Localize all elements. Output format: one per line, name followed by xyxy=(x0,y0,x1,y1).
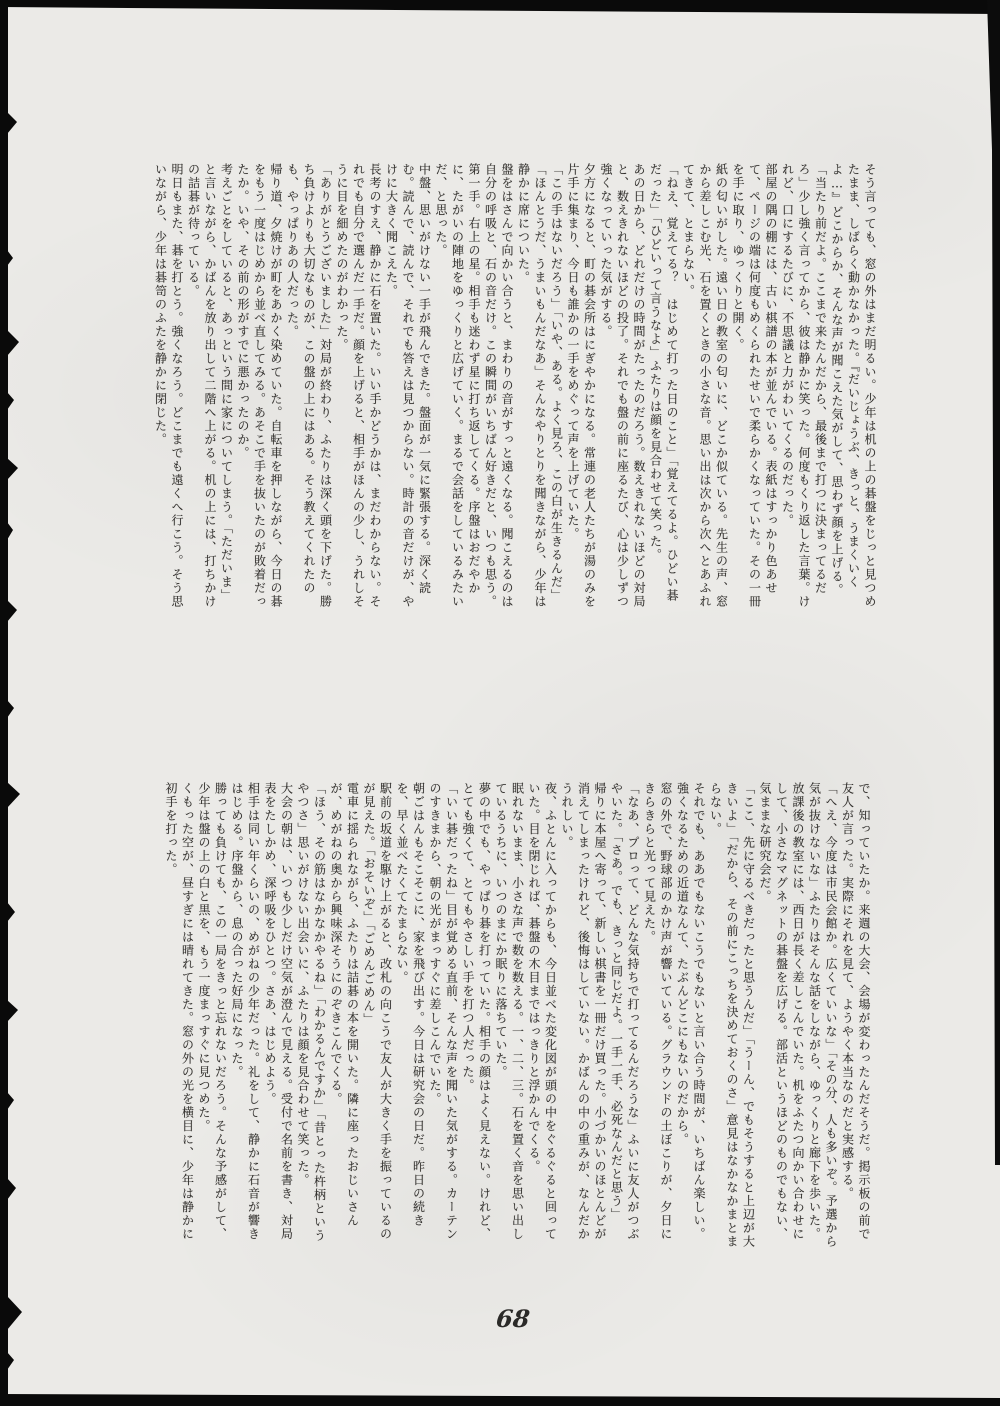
text-paragraph: 相手は同い年くらいの、めがねの少年だった。礼をして、静かに石音が響きはじめる。序… xyxy=(229,782,262,1254)
binding-ragged-bumps xyxy=(7,112,22,1370)
text-paragraph: 夢の中でも、やっぱり碁を打っていた。相手の顔はよく見えない。けれど、とても強くて… xyxy=(460,782,493,1254)
text-paragraph: 眠れないまま、小さな声で数を数える。一、二、三。石を置く音を思い出しているうちに… xyxy=(493,782,526,1254)
text-paragraph: 「ここ、先に守るべきだったと思うんだ」「うーん、でもそうすると上辺が大きいよ」「… xyxy=(707,782,757,1254)
text-paragraph: 帰り道、夕焼けが町をあかく染めていた。自転車を押しながら、今日の碁をもう一度はじ… xyxy=(235,163,285,615)
binding-edge xyxy=(0,0,8,1406)
text-paragraph: 勝っても負けても、この一局をきっと忘れないだろう。そんな予感がして、少年は盤の上… xyxy=(196,782,229,1254)
text-paragraph: そう言っても、窓の外はまだ明るい。少年は机の上の碁盤をじっと見つめたまま、しばら… xyxy=(829,163,879,615)
text-paragraph: 朝ごはんもそこそこに、家を飛び出す。今日は研究会の日だ。昨日の続きを、早く並べた… xyxy=(394,782,427,1254)
scanned-book-page: そう言っても、窓の外はまだ明るい。少年は机の上の碁盤をじっと見つめたまま、しばら… xyxy=(0,0,1000,1406)
text-paragraph: 「なあ、プロって、どんな気持ちで打ってるんだろうな」ふいに友人がつぶやいた。「さ… xyxy=(608,782,641,1254)
text-paragraph: 「ありがとうございました」対局が終わり、ふたりは深く頭を下げた。勝ち負けよりも大… xyxy=(284,163,334,615)
scan-border-bottom xyxy=(0,1394,1000,1406)
text-paragraph: 「ねえ、覚えてる？ はじめて打った日のこと」「覚えてるよ。ひどい碁だった」「ひど… xyxy=(647,163,680,615)
text-paragraph: あの日から、どれだけの時間がたったのだろう。数えきれないほどの対局と、数えきれな… xyxy=(598,163,648,615)
scan-border-top xyxy=(0,0,1000,14)
text-paragraph: 「ほう、その筋はなかなかやるね」「わかるんですか」「昔とった杵柄というやつさ」思… xyxy=(295,782,328,1254)
text-paragraph: それでも、ああでもないこうでもないと言い合う時間が、いちばん楽しい。強くなるため… xyxy=(674,782,707,1254)
text-paragraph: 夜、ふとんに入ってからも、今日並べた変化図が頭の中をぐるぐると回っていた。目を閉… xyxy=(526,782,559,1254)
text-paragraph: 駅前の坂道を駆け上がると、改札の向こうで友人が大きく手を振っているのが見えた。「… xyxy=(361,782,394,1254)
text-paragraph: 帰りに本屋へ寄って、新しい棋書を一冊だけ買った。小づかいのほとんどが消えてしまっ… xyxy=(559,782,609,1254)
text-paragraph: 部屋の隅の棚には、古い棋譜の本が並んでいる。表紙はすっかり色あせて、ページの端は… xyxy=(730,163,780,615)
text-paragraph: 放課後の教室には、西日が長く差しこんでいた。机をふたつ向かい合わせにして、小さな… xyxy=(757,782,807,1254)
text-paragraph: 「この手はないだろう」「いや、ある。よく見ろ、この白が生きるんだ」「ほんとうだ、… xyxy=(515,163,565,615)
text-paragraph: 窓の外で、野球部のかけ声が響いている。グラウンドの土ぼこりが、夕日にきらきらと光… xyxy=(641,782,674,1254)
page-number: 68 xyxy=(466,1304,559,1333)
scan-border-right xyxy=(987,0,1000,1165)
vertical-text-block-lower: で、知っていたか。来週の大会、会場が変わったんだそうだ。掲示板の前で友人が言った… xyxy=(112,782,872,1254)
text-paragraph: 電車に揺られながら、ふたりは詰碁の本を開いた。隣に座ったおじいさんが、めがねの奥… xyxy=(328,782,361,1254)
text-paragraph: 「へえ、今度は市民会館か。広くていいな」「その分、人も多いぞ。予選から気が抜けな… xyxy=(806,782,839,1254)
text-paragraph: 盤をはさんで向かい合うと、まわりの音がすっと遠くなる。聞こえるのは自分の呼吸と、… xyxy=(482,163,515,615)
text-paragraph: くもった空が、昼すぎには晴れてきた。窓の外の光を横目に、少年は静かに初手を打った… xyxy=(163,782,196,1254)
text-paragraph: 夕方になると、町の碁会所はにぎやかになる。常連の老人たちが湯のみを片手に集まり、… xyxy=(565,163,598,615)
text-paragraph: で、知っていたか。来週の大会、会場が変わったんだそうだ。掲示板の前で友人が言った… xyxy=(839,782,872,1254)
text-paragraph: 「いい碁だったね」目が覚める直前、そんな声を聞いた気がする。カーテンのすきまから… xyxy=(427,782,460,1254)
text-paragraph: 紙の匂いがした。遠い日の教室の匂いに、どこか似ている。先生の声、窓から差しこむ光… xyxy=(680,163,730,615)
text-paragraph: 「当たり前だよ。ここまで来たんだから、最後まで打つに決まってるだろ」少し強く言っ… xyxy=(779,163,829,615)
text-paragraph: 第一手。右上の星。相手も迷わず星に打ち返してくる。序盤はおだやかに、たがいの陣地… xyxy=(433,163,483,615)
text-paragraph: 中盤、思いがけない一手が飛んできた。盤面が一気に緊張する。深く読む。読んで、読ん… xyxy=(383,163,433,615)
text-paragraph: 明日もまた、碁を打とう。強くなろう。どこまでも遠くへ行こう。そう思いながら、少年… xyxy=(152,163,185,615)
text-paragraph: 長考のすえ、静かに石を置いた。いい手かどうかは、まだわからない。それでも自分で選… xyxy=(334,163,384,615)
text-paragraph: 大会の朝は、いつも少しだけ空気が澄んで見える。受付で名前を書き、対局表をたしかめ… xyxy=(262,782,295,1254)
vertical-text-block-upper: そう言っても、窓の外はまだ明るい。少年は机の上の碁盤をじっと見つめたまま、しばら… xyxy=(135,163,878,615)
text-paragraph: 考えごとをしていると、あっという間に家についてしまう。「ただいま」と言いながら、… xyxy=(185,163,235,615)
